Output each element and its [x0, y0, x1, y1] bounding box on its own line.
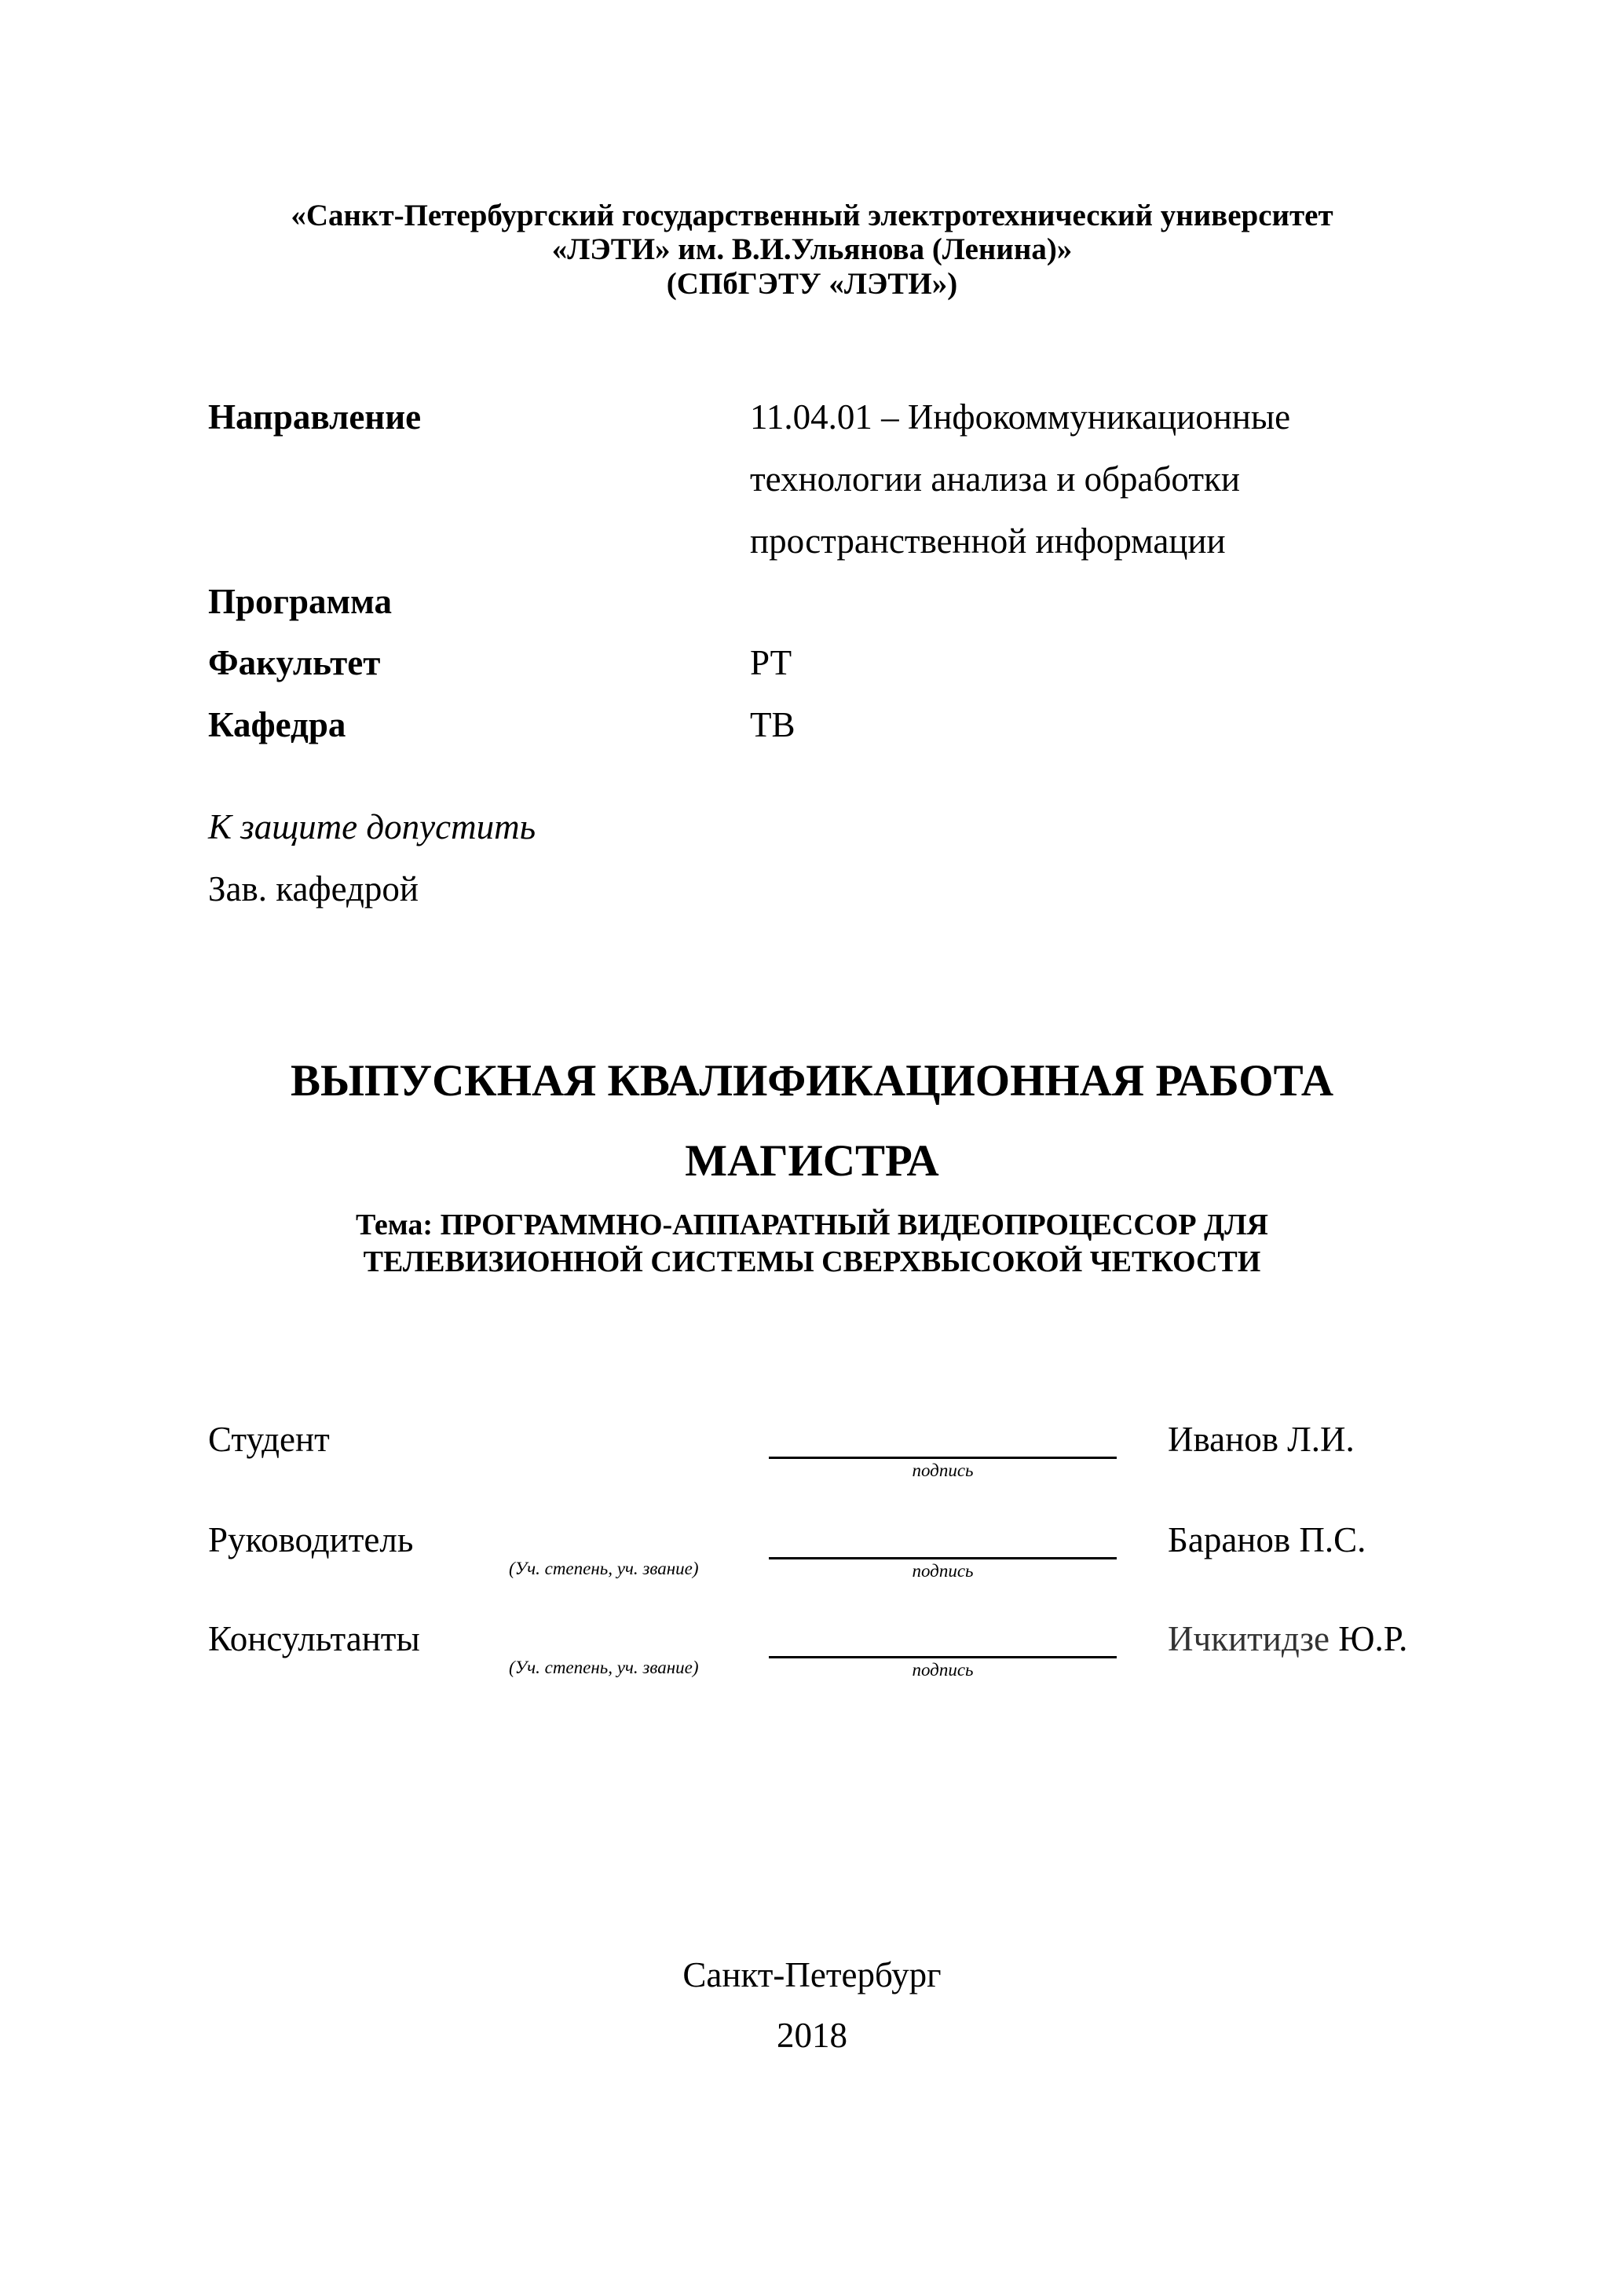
signature-caption: подпись — [769, 1461, 1117, 1481]
university-name-line1: «Санкт-Петербургский государственный эле… — [0, 199, 1624, 232]
role-label: Студент — [208, 1420, 330, 1459]
person-name: Ичкитидзе Ю.Р. — [1168, 1619, 1407, 1658]
direction-label: Направление — [208, 397, 421, 437]
document-title-line1: ВЫПУСКНАЯ КВАЛИФИКАЦИОННАЯ РАБОТА — [0, 1058, 1624, 1105]
degree-caption: (Уч. степень, уч. звание) — [509, 1658, 698, 1678]
city: Санкт-Петербург — [0, 1955, 1624, 1994]
admit-to-defense: К защите допустить — [208, 807, 536, 846]
topic-line1: Тема: ПРОГРАММНО-АППАРАТНЫЙ ВИДЕОПРОЦЕСС… — [0, 1208, 1624, 1242]
direction-value-line3: пространственной информации — [750, 521, 1226, 561]
signature-line — [769, 1457, 1117, 1459]
direction-value-line2: технологии анализа и обработки — [750, 459, 1240, 499]
department-value: ТВ — [750, 705, 796, 744]
head-of-department: Зав. кафедрой — [208, 869, 419, 909]
department-label: Кафедра — [208, 705, 346, 744]
year: 2018 — [0, 2016, 1624, 2055]
signature-line — [769, 1557, 1117, 1559]
program-label: Программа — [208, 582, 392, 621]
university-abbreviation: (СПбГЭТУ «ЛЭТИ») — [0, 267, 1624, 301]
person-name: Баранов П.С. — [1168, 1520, 1366, 1559]
signature-caption: подпись — [769, 1660, 1117, 1680]
degree-caption: (Уч. степень, уч. звание) — [509, 1559, 698, 1579]
role-label: Руководитель — [208, 1520, 413, 1559]
person-name: Иванов Л.И. — [1168, 1420, 1355, 1459]
faculty-label: Факультет — [208, 643, 380, 682]
faculty-value: РТ — [750, 643, 792, 682]
document-title-line2: МАГИСТРА — [0, 1138, 1624, 1185]
role-label: Консультанты — [208, 1619, 420, 1658]
university-name-line2: «ЛЭТИ» им. В.И.Ульянова (Ленина)» — [0, 232, 1624, 266]
direction-value-line1: 11.04.01 – Инфокоммуникационные — [750, 397, 1290, 437]
person-initials: Ю.Р. — [1338, 1619, 1407, 1658]
signature-line — [769, 1656, 1117, 1658]
topic-line2: ТЕЛЕВИЗИОННОЙ СИСТЕМЫ СВЕРХВЫСОКОЙ ЧЕТКО… — [0, 1245, 1624, 1279]
person-surname: Ичкитидзе — [1168, 1619, 1330, 1658]
signature-caption: подпись — [769, 1561, 1117, 1581]
